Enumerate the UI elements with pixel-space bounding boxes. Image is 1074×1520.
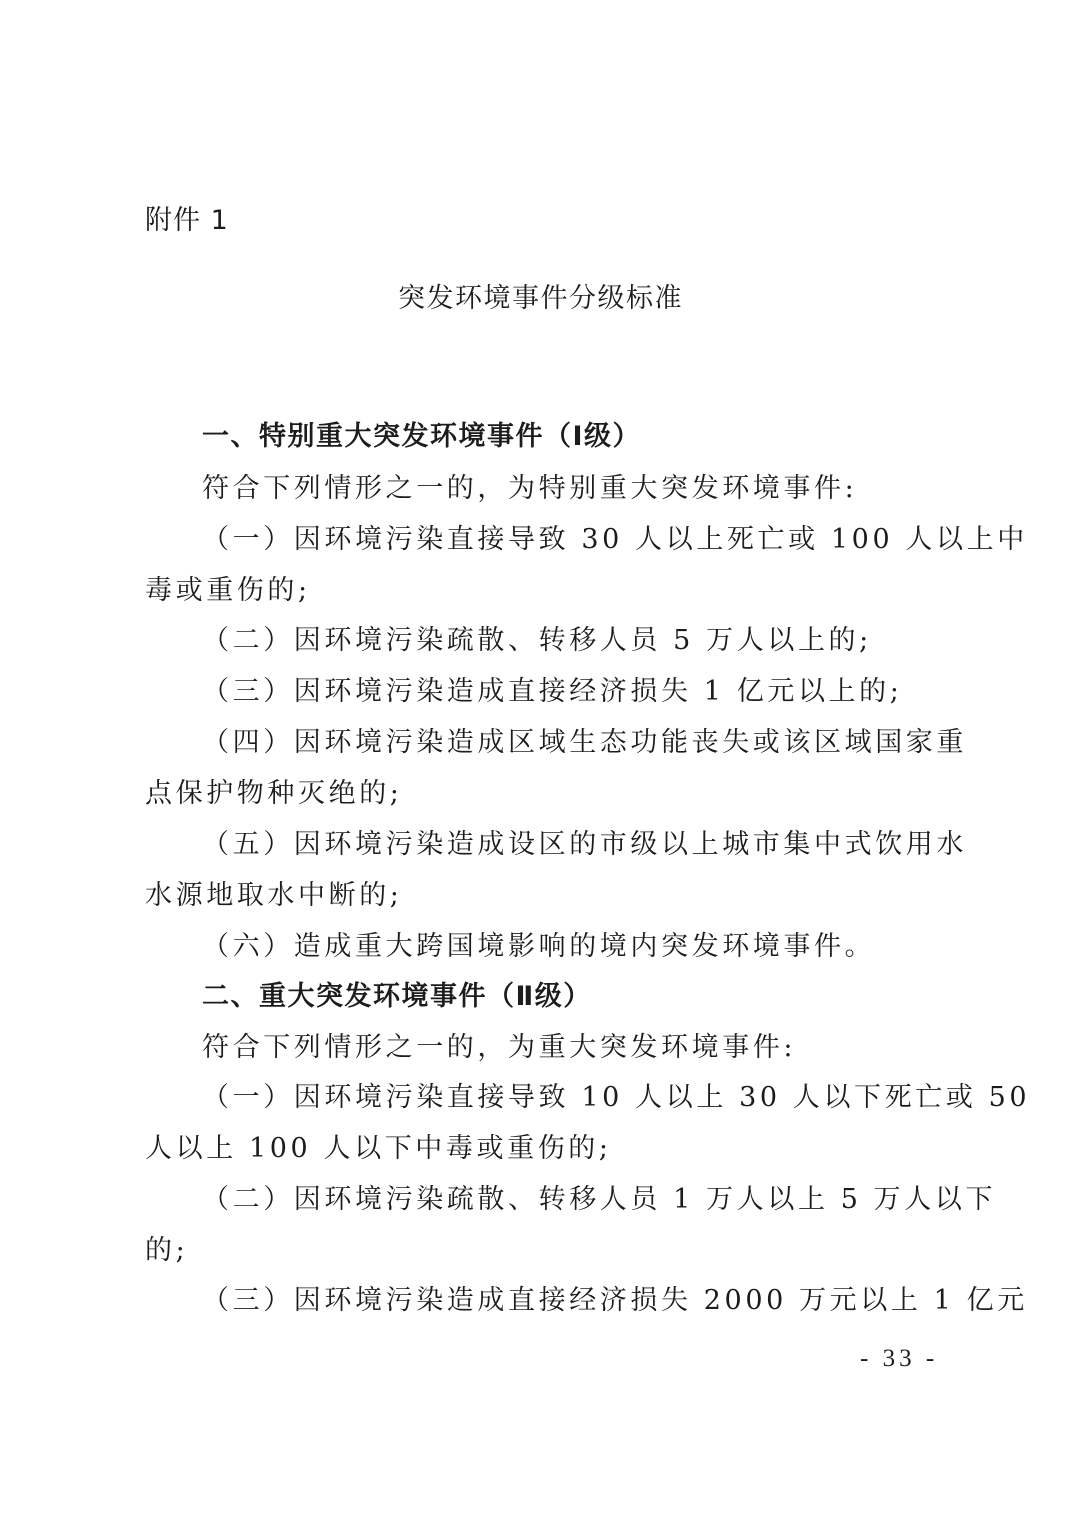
list-item-1-2: （二）因环境污染疏散、转移人员 5 万人以上的; [202, 625, 872, 657]
list-item-2-1: （一）因环境污染直接导致 10 人以上 30 人以下死亡或 50 [202, 1082, 1030, 1114]
list-item-2-1-cont: 人以上 100 人以下中毒或重伤的; [145, 1133, 612, 1165]
list-item-1-1-cont: 毒或重伤的; [145, 575, 311, 607]
section-heading-1: 一、特别重大突发环境事件（Ⅰ级） [202, 421, 641, 453]
section-heading-2: 二、重大突发环境事件（Ⅱ级） [202, 981, 592, 1013]
list-item-1-6: （六）造成重大跨国境影响的境内突发环境事件。 [202, 931, 875, 963]
list-item-2-2-cont: 的; [145, 1235, 188, 1267]
attachment-label: 附件 1 [145, 205, 229, 237]
page-title: 突发环境事件分级标准 [398, 283, 683, 315]
list-item-1-5-cont: 水源地取水中断的; [145, 880, 403, 912]
section-intro-2: 符合下列情形之一的，为重大突发环境事件: [202, 1032, 796, 1064]
document-page: 附件 1 突发环境事件分级标准 一、特别重大突发环境事件（Ⅰ级） 符合下列情形之… [0, 0, 1074, 1520]
list-item-1-4-cont: 点保护物种灭绝的; [145, 778, 403, 810]
page-number: - 33 - [860, 1343, 938, 1375]
list-item-1-4: （四）因环境污染造成区域生态功能丧失或该区域国家重 [202, 727, 967, 759]
list-item-1-3: （三）因环境污染造成直接经济损失 1 亿元以上的; [202, 676, 902, 708]
list-item-1-1: （一）因环境污染直接导致 30 人以上死亡或 100 人以上中 [202, 524, 1028, 556]
list-item-2-2: （二）因环境污染疏散、转移人员 1 万人以上 5 万人以下 [202, 1184, 996, 1216]
list-item-2-3: （三）因环境污染造成直接经济损失 2000 万元以上 1 亿元 [202, 1285, 1028, 1317]
section-intro-1: 符合下列情形之一的，为特别重大突发环境事件: [202, 473, 857, 505]
list-item-1-5: （五）因环境污染造成设区的市级以上城市集中式饮用水 [202, 829, 967, 861]
